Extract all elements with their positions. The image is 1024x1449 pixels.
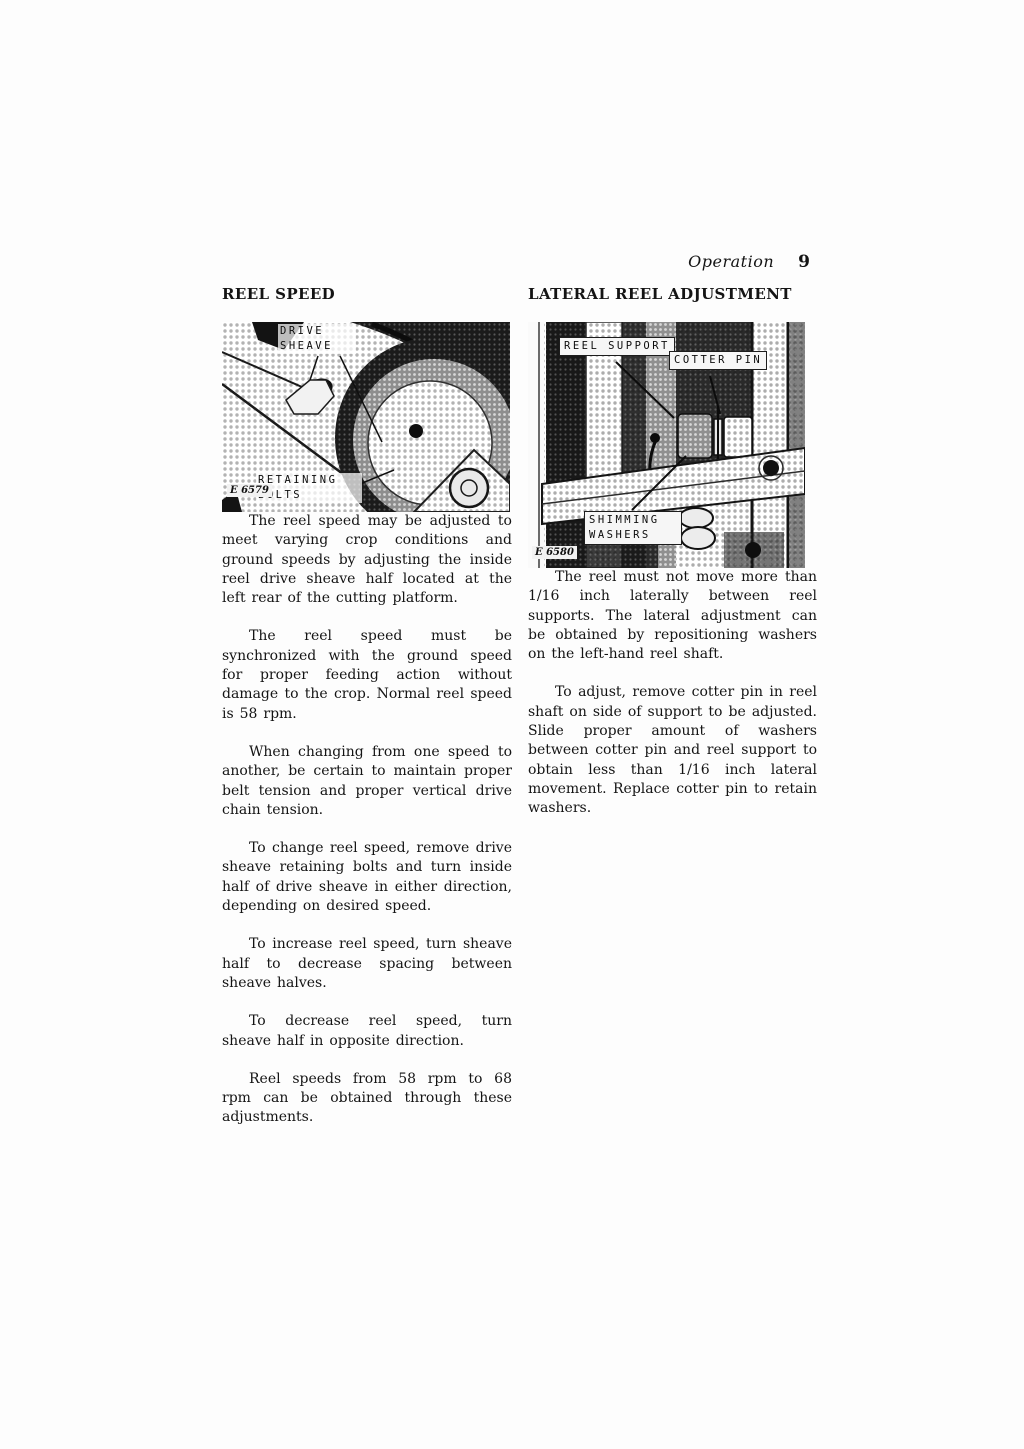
- page-header: Operation9: [528, 252, 810, 272]
- figure-id-e6579: E 6579: [227, 484, 272, 497]
- figure-id-e6580: E 6580: [532, 546, 577, 559]
- right-column: LATERAL REEL ADJUSTMENT: [528, 286, 817, 838]
- section-heading-lateral-reel-adjustment: LATERAL REEL ADJUSTMENT: [528, 286, 817, 303]
- body-paragraph: The reel must not move more than 1/16 in…: [528, 568, 817, 664]
- body-paragraph: The reel speed may be adjusted to meet v…: [222, 512, 512, 608]
- manual-page: Operation9 REEL SPEED: [0, 0, 1024, 1449]
- figure-reel-speed: DRIVE SHEAVE RETAINING BOLTS E 6579: [222, 322, 510, 512]
- left-column: REEL SPEED: [222, 286, 512, 1147]
- section-heading-reel-speed: REEL SPEED: [222, 286, 512, 303]
- body-paragraph: When changing from one speed to another,…: [222, 743, 512, 820]
- photo-label-reel-support: REEL SUPPORT: [560, 338, 674, 355]
- body-paragraph: Reel speeds from 58 rpm to 68 rpm can be…: [222, 1070, 512, 1128]
- photo-label-drive-sheave: DRIVE SHEAVE: [278, 324, 356, 354]
- body-paragraph: To change reel speed, remove drive sheav…: [222, 839, 512, 916]
- figure-lateral-reel-adjustment: REEL SUPPORT COTTER PIN SHIMMING WASHERS…: [528, 322, 805, 568]
- body-paragraph: To decrease reel speed, turn sheave half…: [222, 1012, 512, 1051]
- photo-label-shimming-washers: SHIMMING WASHERS: [585, 512, 681, 544]
- body-paragraph: To increase reel speed, turn sheave half…: [222, 935, 512, 993]
- body-paragraph: To adjust, remove cotter pin in reel sha…: [528, 683, 817, 818]
- body-paragraph: The reel speed must be synchronized with…: [222, 627, 512, 723]
- page-number: 9: [798, 252, 810, 272]
- photo-label-cotter-pin: COTTER PIN: [670, 352, 766, 369]
- running-title: Operation: [688, 252, 774, 271]
